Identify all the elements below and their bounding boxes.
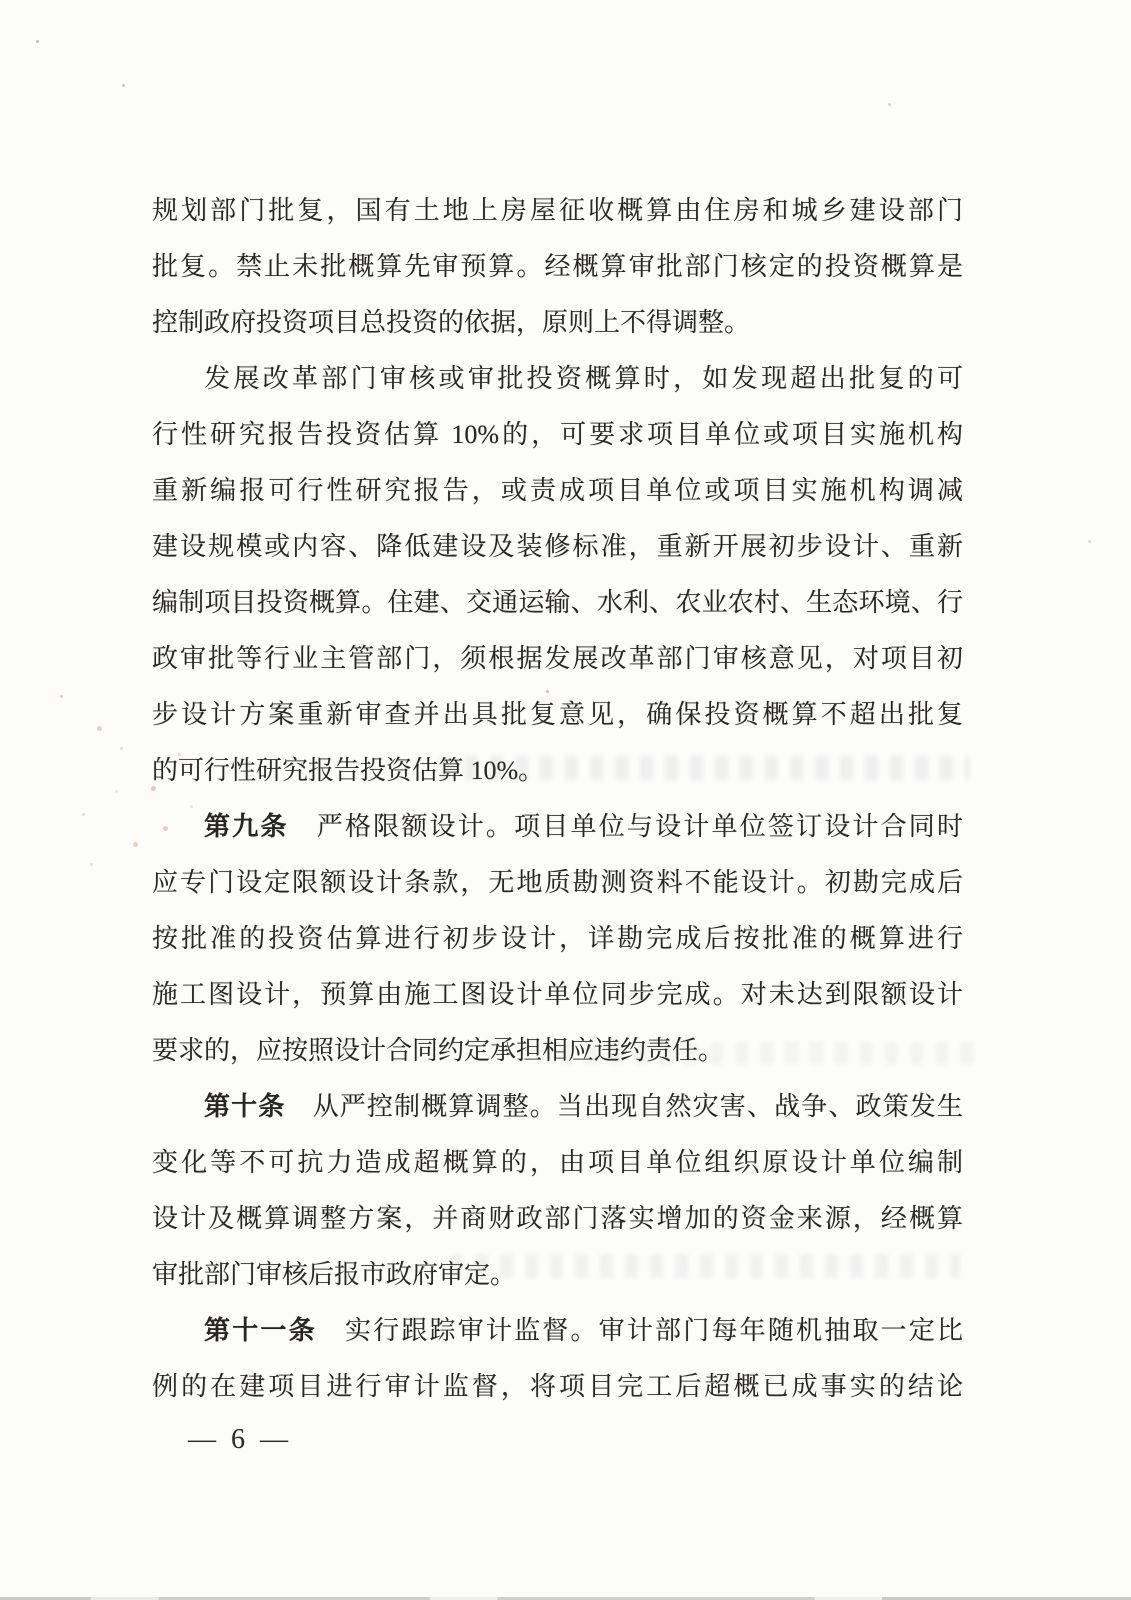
scan-speck bbox=[36, 40, 39, 43]
scan-speck bbox=[1088, 540, 1091, 543]
text-line: 按批准的投资估算进行初步设计，详勘完成后按批准的概算进行 bbox=[152, 911, 963, 967]
text-line: 应专门设定限额设计条款，无地质勘测资料不能设计。初勘完成后 bbox=[152, 855, 963, 911]
ink-bleedthrough bbox=[560, 1042, 980, 1064]
page-number: — 6 — bbox=[188, 1424, 292, 1456]
text-line: 第十条 从严控制概算调整。当出现自然灾害、战争、政策发生 bbox=[152, 1079, 963, 1135]
article-number-10: 第十条 bbox=[204, 1092, 285, 1121]
text-line: 第九条 严格限额设计。项目单位与设计单位签订设计合同时 bbox=[152, 799, 963, 855]
text-line: 发展改革部门审核或审批投资概算时，如发现超出批复的可 bbox=[152, 351, 963, 407]
text-line: 政审批等行业主管部门，须根据发展改革部门审核意见，对项目初 bbox=[152, 631, 963, 687]
scanned-document-page: 规划部门批复，国有土地上房屋征收概算由住房和城乡建设部门 批复。禁止未批概算先审… bbox=[0, 0, 1131, 1600]
text-line: 变化等不可抗力造成超概算的，由项目单位组织原设计单位编制 bbox=[152, 1135, 963, 1191]
text-line: 步设计方案重新审查并出具批复意见，确保投资概算不超出批复 bbox=[152, 687, 963, 743]
text-line: 重新编报可行性研究报告，或责成项目单位或项目实施机构调减 bbox=[152, 463, 963, 519]
scan-speck bbox=[546, 690, 549, 693]
text-line: 规划部门批复，国有土地上房屋征收概算由住房和城乡建设部门 bbox=[152, 183, 963, 239]
text-line: 设计及概算调整方案，并商财政部门落实增加的资金来源，经概算 bbox=[152, 1191, 963, 1247]
document-body: 规划部门批复，国有土地上房屋征收概算由住房和城乡建设部门 批复。禁止未批概算先审… bbox=[152, 183, 963, 1415]
text-line: 行性研究报告投资估算 10%的，可要求项目单位或项目实施机构 bbox=[152, 407, 963, 463]
text-line: 控制政府投资项目总投资的依据，原则上不得调整。 bbox=[152, 295, 963, 351]
text-line: 编制项目投资概算。住建、交通运输、水利、农业农村、生态环境、行 bbox=[152, 575, 963, 631]
ink-bleedthrough bbox=[450, 1254, 960, 1278]
scan-speck bbox=[888, 103, 891, 106]
scan-speck bbox=[122, 84, 125, 87]
text-line: 第十一条 实行跟踪审计监督。审计部门每年随机抽取一定比 bbox=[152, 1303, 963, 1359]
article-number-9: 第九条 bbox=[204, 812, 289, 841]
text-line: 建设规模或内容、降低建设及装修标准，重新开展初步设计、重新 bbox=[152, 519, 963, 575]
text-line: 施工图设计，预算由施工图设计单位同步完成。对未达到限额设计 bbox=[152, 967, 963, 1023]
text-line: 例的在建项目进行审计监督，将项目完工后超概已成事实的结论 bbox=[152, 1359, 963, 1415]
ink-bleedthrough bbox=[440, 756, 970, 780]
text-line: 批复。禁止未批概算先审预算。经概算审批部门核定的投资概算是 bbox=[152, 239, 963, 295]
red-stamp-residue bbox=[60, 695, 63, 698]
article-number-11: 第十一条 bbox=[204, 1316, 317, 1345]
